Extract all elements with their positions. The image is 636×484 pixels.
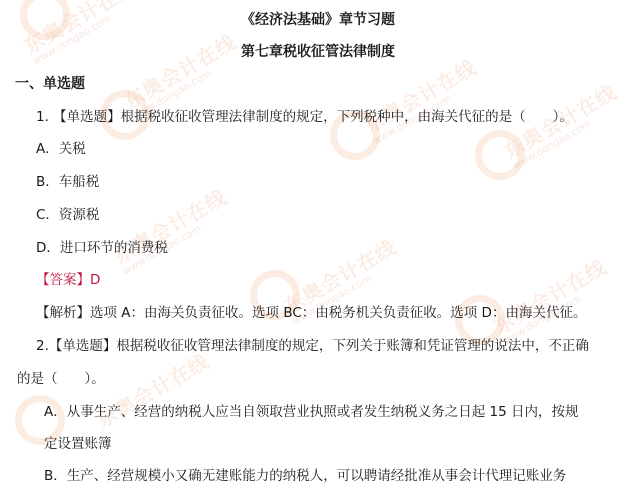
question-2-stem-line2: 的是（ ）。 bbox=[17, 367, 105, 387]
chapter-title: 第七章税收征管法律制度 bbox=[0, 41, 636, 61]
question-1-answer: 【答案】D bbox=[36, 268, 100, 288]
question-1-option-c: C．资源税 bbox=[36, 203, 99, 223]
question-2-option-b-line1: B．生产、经营规模小又确无建账能力的纳税人，可以聘请经批准从事会计代理记账业务 bbox=[44, 464, 566, 484]
question-2-option-a-line1: A．从事生产、经营的纳税人应当自领取营业执照或者发生纳税义务之日起 15 日内，… bbox=[44, 400, 579, 420]
watermark-logo-icon bbox=[475, 130, 525, 180]
watermark: 东奥会计在线www.dongao.com bbox=[110, 186, 236, 278]
question-1-option-a: A．关税 bbox=[36, 137, 86, 157]
question-2-option-a-line2: 定设置账簿 bbox=[44, 432, 112, 452]
question-2-stem-line1: 2.【单选题】根据税收征收管理法律制度的规定，下列关于账簿和凭证管理的说法中，不… bbox=[36, 334, 589, 354]
question-1-option-d: D．进口环节的消费税 bbox=[36, 236, 168, 256]
question-1-option-b: B．车船税 bbox=[36, 170, 99, 190]
document-title: 《经济法基础》章节习题 bbox=[0, 9, 636, 29]
question-1-analysis: 【解析】选项 A：由海关负责征收。选项 BC：由税务机关负责征收。选项 D：由海… bbox=[36, 301, 586, 321]
question-1-stem: 1. 【单选题】根据税收征收管理法律制度的规定，下列税种中，由海关代征的是（ ）… bbox=[36, 105, 573, 125]
section-heading: 一、单选题 bbox=[15, 73, 85, 93]
watermark: 东奥会计在线www.dongao.com bbox=[500, 81, 626, 173]
watermark: 东奥会计在线www.dongao.com bbox=[360, 56, 486, 148]
